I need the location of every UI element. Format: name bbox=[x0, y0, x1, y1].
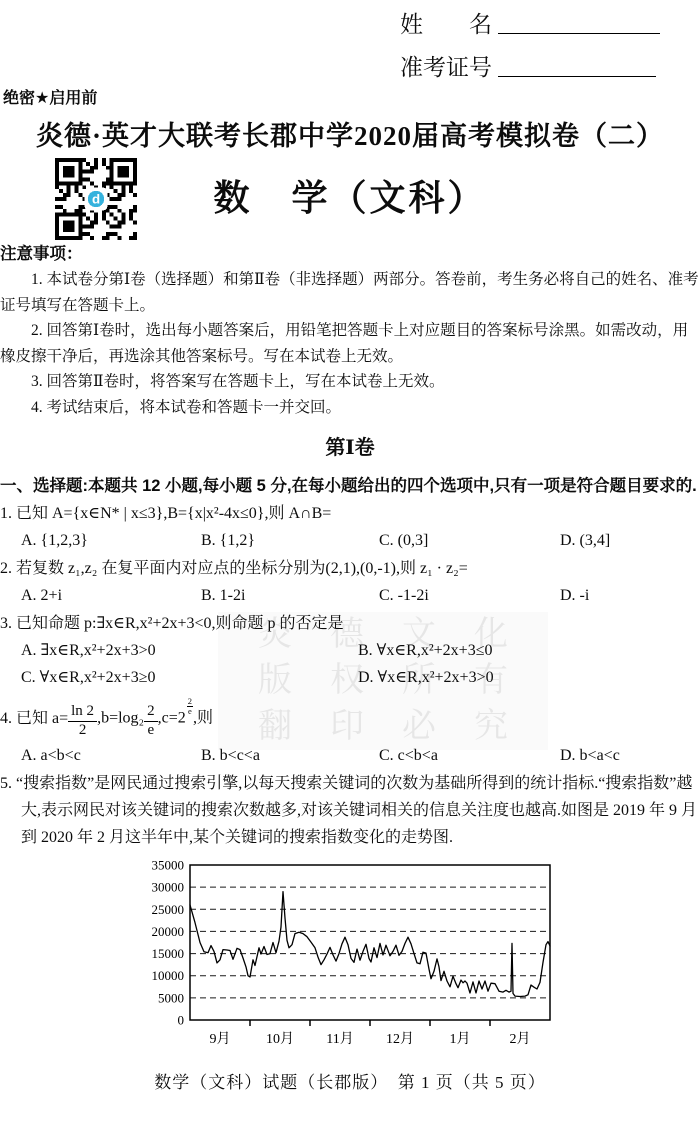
question-4-prefix: 4. 已知 a= bbox=[0, 710, 68, 727]
question-3-option-a: A. ∃x∈R,x²+2x+3>0 bbox=[21, 637, 358, 664]
question-4-mid2: ,c=2 bbox=[158, 710, 186, 727]
search-index-trend-chart: 050001000015000200002500030000350009月10月… bbox=[128, 859, 568, 1054]
exam-number-label: 准考证号 bbox=[400, 55, 492, 80]
question-5: 5. “搜索指数”是网民通过搜索引擎,以每天搜索关键词的次数为基础所得到的统计指… bbox=[0, 770, 700, 851]
exam-series-title: 炎德·英才大联考长郡中学2020届高考模拟卷（二） bbox=[0, 114, 700, 153]
exam-number-blank-line bbox=[498, 52, 656, 77]
notice-item-1: 1. 本试卷分第Ⅰ卷（选择题）和第Ⅱ卷（非选择题）两部分。答卷前，考生务必将自己… bbox=[0, 267, 700, 318]
question-3-stem: 3. 已知命题 p:∃x∈R,x²+2x+3<0,则命题 p 的否定是 bbox=[0, 610, 700, 637]
question-5-stem: 5. “搜索指数”是网民通过搜索引擎,以每天搜索关键词的次数为基础所得到的统计指… bbox=[0, 770, 700, 851]
svg-text:12月: 12月 bbox=[386, 1031, 414, 1047]
subject-title: 数 学（文科） bbox=[0, 170, 700, 221]
svg-text:10月: 10月 bbox=[266, 1031, 294, 1047]
notice-item-2: 2. 回答第Ⅰ卷时，选出每小题答案后，用铅笔把答题卡上对应题目的答案标号涂黑。如… bbox=[0, 318, 700, 369]
question-2-stem: 2. 若复数 z₁,z₂ 在复平面内对应点的坐标分别为(2,1),(0,-1),… bbox=[0, 555, 700, 582]
question-2: 2. 若复数 z₁,z₂ 在复平面内对应点的坐标分别为(2,1),(0,-1),… bbox=[0, 555, 700, 609]
svg-text:15000: 15000 bbox=[152, 946, 185, 961]
page-footer: 数学（文科）试题（长郡版） 第 1 页（共 5 页） bbox=[0, 1068, 700, 1093]
candidate-info-block: 姓 名 准考证号 bbox=[400, 6, 660, 92]
question-1-option-b: B. {1,2} bbox=[201, 527, 379, 554]
paper-body: 注意事项： 1. 本试卷分第Ⅰ卷（选择题）和第Ⅱ卷（非选择题）两部分。答卷前，考… bbox=[0, 242, 700, 1093]
question-4: 4. 已知 a=ln 22,b=log₂2e,c=22e,则 A. a<b<c … bbox=[0, 697, 700, 769]
notice-list: 1. 本试卷分第Ⅰ卷（选择题）和第Ⅱ卷（非选择题）两部分。答卷前，考生务必将自己… bbox=[0, 267, 700, 420]
svg-text:1月: 1月 bbox=[450, 1031, 471, 1047]
notice-item-4: 4. 考试结束后，将本试卷和答题卡一并交回。 bbox=[0, 395, 700, 421]
notice-item-3: 3. 回答第Ⅱ卷时，将答案写在答题卡上，写在本试卷上无效。 bbox=[0, 369, 700, 395]
secrecy-notice: 绝密★启用前 bbox=[3, 85, 97, 108]
svg-text:0: 0 bbox=[178, 1013, 185, 1028]
question-4-option-a: A. a<b<c bbox=[21, 742, 201, 769]
notice-heading: 注意事项： bbox=[0, 242, 700, 267]
question-1-option-c: C. (0,3] bbox=[379, 527, 560, 554]
svg-text:10000: 10000 bbox=[152, 968, 185, 983]
section-1-title: 第Ⅰ卷 bbox=[0, 433, 700, 463]
svg-text:5000: 5000 bbox=[158, 990, 184, 1005]
svg-text:11月: 11月 bbox=[326, 1031, 353, 1047]
question-4-option-c: C. c<b<a bbox=[379, 742, 560, 769]
question-3-option-c: C. ∀x∈R,x²+2x+3≥0 bbox=[21, 664, 358, 691]
exam-paper-page: 炎德文化 版权所有 翻印必究 姓 名 准考证号 绝密★启用前 炎德·英才大联考长… bbox=[0, 0, 700, 1135]
question-3-option-d: D. ∀x∈R,x²+2x+3>0 bbox=[358, 664, 700, 691]
question-4-tail: ,则 bbox=[193, 710, 213, 727]
question-3: 3. 已知命题 p:∃x∈R,x²+2x+3<0,则命题 p 的否定是 A. ∃… bbox=[0, 610, 700, 691]
question-1-option-d: D. (3,4] bbox=[560, 527, 700, 554]
question-1-stem: 1. 已知 A={x∈N* | x≤3},B={x|x²-4x≤0},则 A∩B… bbox=[0, 500, 700, 527]
question-1: 1. 已知 A={x∈N* | x≤3},B={x|x²-4x≤0},则 A∩B… bbox=[0, 500, 700, 554]
svg-text:35000: 35000 bbox=[152, 859, 185, 873]
question-1-option-a: A. {1,2,3} bbox=[21, 527, 201, 554]
question-2-option-a: A. 2+i bbox=[21, 582, 201, 609]
svg-text:2月: 2月 bbox=[510, 1031, 531, 1047]
name-label: 姓 名 bbox=[400, 12, 492, 37]
question-3-option-b: B. ∀x∈R,x²+2x+3≤0 bbox=[358, 637, 700, 664]
question-4-mid1: ,b=log₂ bbox=[97, 710, 144, 727]
question-4-option-b: B. b<c<a bbox=[201, 742, 379, 769]
question-2-option-c: C. -1-2i bbox=[379, 582, 560, 609]
question-4-option-d: D. b<a<c bbox=[560, 742, 700, 769]
section-1-instruction: 一、选择题:本题共 12 小题,每小题 5 分,在每小题给出的四个选项中,只有一… bbox=[0, 473, 700, 499]
svg-text:25000: 25000 bbox=[152, 902, 185, 917]
question-2-option-d: D. -i bbox=[560, 582, 700, 609]
svg-text:9月: 9月 bbox=[210, 1031, 231, 1047]
fraction-ln2-over-2: ln 22 bbox=[68, 704, 97, 738]
question-2-option-b: B. 1-2i bbox=[201, 582, 379, 609]
name-blank-line bbox=[498, 9, 660, 34]
question-4-stem: 4. 已知 a=ln 22,b=log₂2e,c=22e,则 bbox=[0, 697, 700, 738]
svg-text:30000: 30000 bbox=[152, 880, 185, 895]
fraction-2-over-e: 2e bbox=[144, 704, 158, 738]
svg-text:20000: 20000 bbox=[152, 924, 185, 939]
